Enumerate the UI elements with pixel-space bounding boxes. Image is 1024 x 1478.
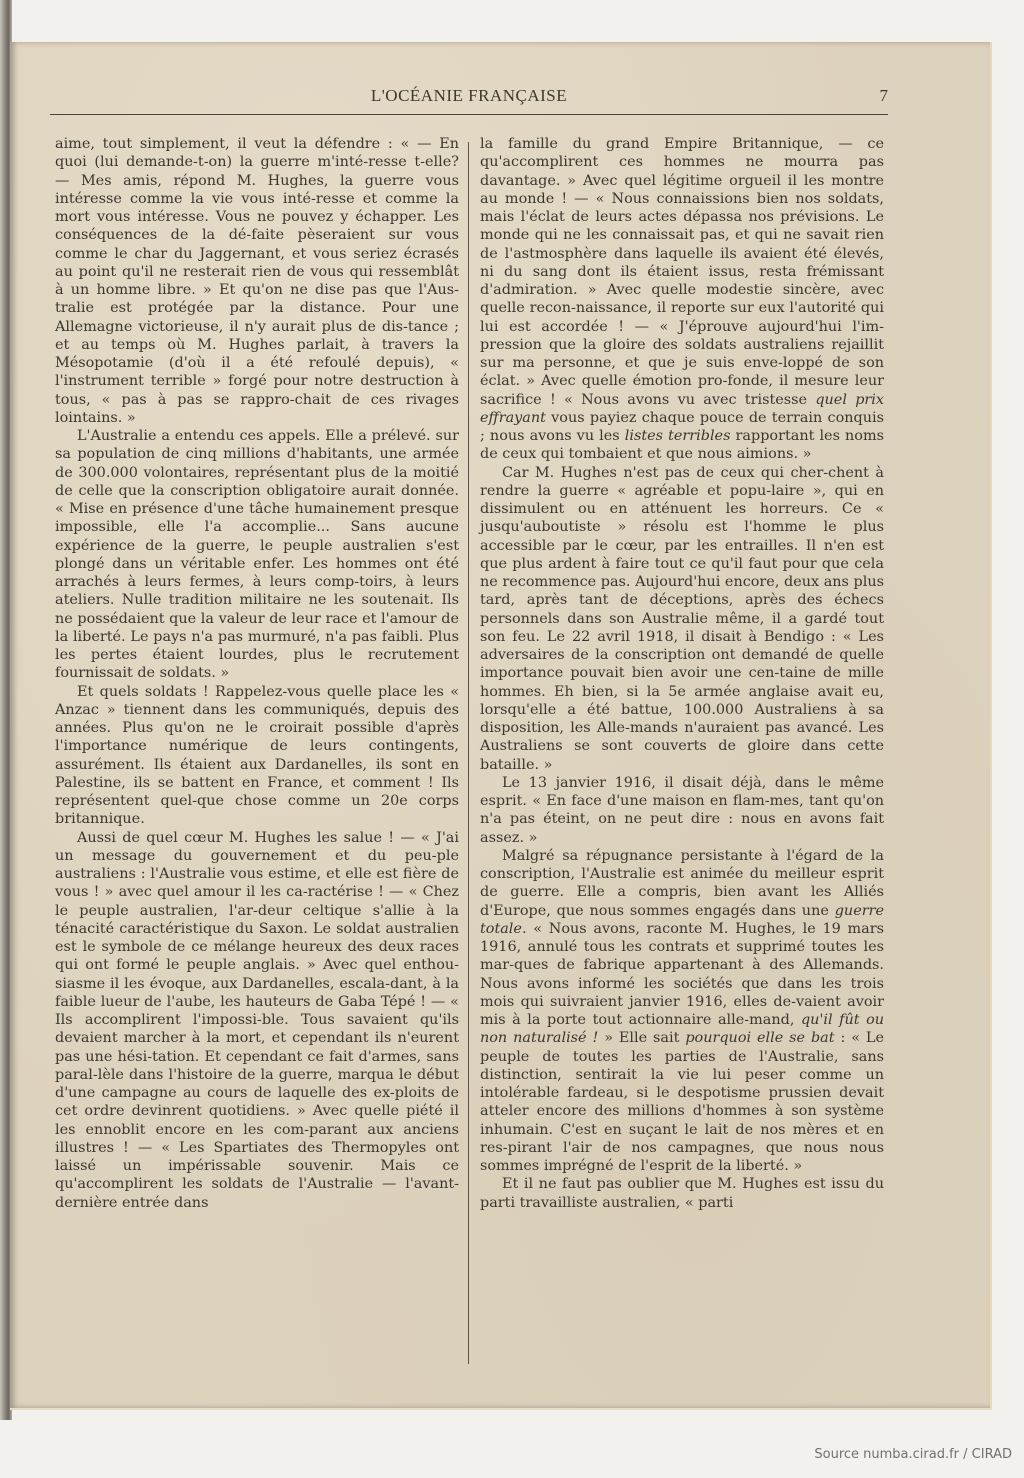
paragraph: Malgré sa répugnance persistante à l'éga… — [480, 847, 884, 1176]
italic-text: pourquoi elle se bat — [685, 1030, 834, 1046]
paragraph: aime, tout simplement, il veut la défend… — [55, 135, 459, 427]
paragraph: Et quels soldats ! Rappelez-vous quelle … — [55, 683, 459, 829]
text-run: la famille du grand Empire Britannique, … — [480, 136, 884, 408]
header-rule — [50, 114, 888, 115]
right-column: la famille du grand Empire Britannique, … — [480, 135, 884, 1212]
paragraph: la famille du grand Empire Britannique, … — [480, 135, 884, 464]
paragraph: Car M. Hughes n'est pas de ceux qui cher… — [480, 464, 884, 774]
text-run: » Elle sait — [598, 1030, 685, 1046]
scanned-page: L'OCÉANIE FRANÇAISE 7 aime, tout simplem… — [10, 42, 992, 1410]
text-run: : « Le peuple de toutes les parties de l… — [480, 1030, 884, 1174]
paragraph: Et il ne faut pas oublier que M. Hughes … — [480, 1175, 884, 1212]
page-number: 7 — [880, 86, 889, 106]
left-column: aime, tout simplement, il veut la défend… — [55, 135, 459, 1212]
paragraph: Le 13 janvier 1916, il disait déjà, dans… — [480, 774, 884, 847]
italic-text: listes terribles — [625, 428, 731, 444]
column-divider — [468, 142, 469, 1364]
source-credit: Source numba.cirad.fr / CIRAD — [814, 1447, 1012, 1462]
text-run: Malgré sa répugnance persistante à l'éga… — [480, 848, 884, 919]
paragraph: Aussi de quel cœur M. Hughes les salue !… — [55, 829, 459, 1212]
journal-title: L'OCÉANIE FRANÇAISE — [50, 86, 888, 106]
running-header: L'OCÉANIE FRANÇAISE 7 — [50, 86, 888, 110]
paragraph: L'Australie a entendu ces appels. Elle a… — [55, 427, 459, 683]
